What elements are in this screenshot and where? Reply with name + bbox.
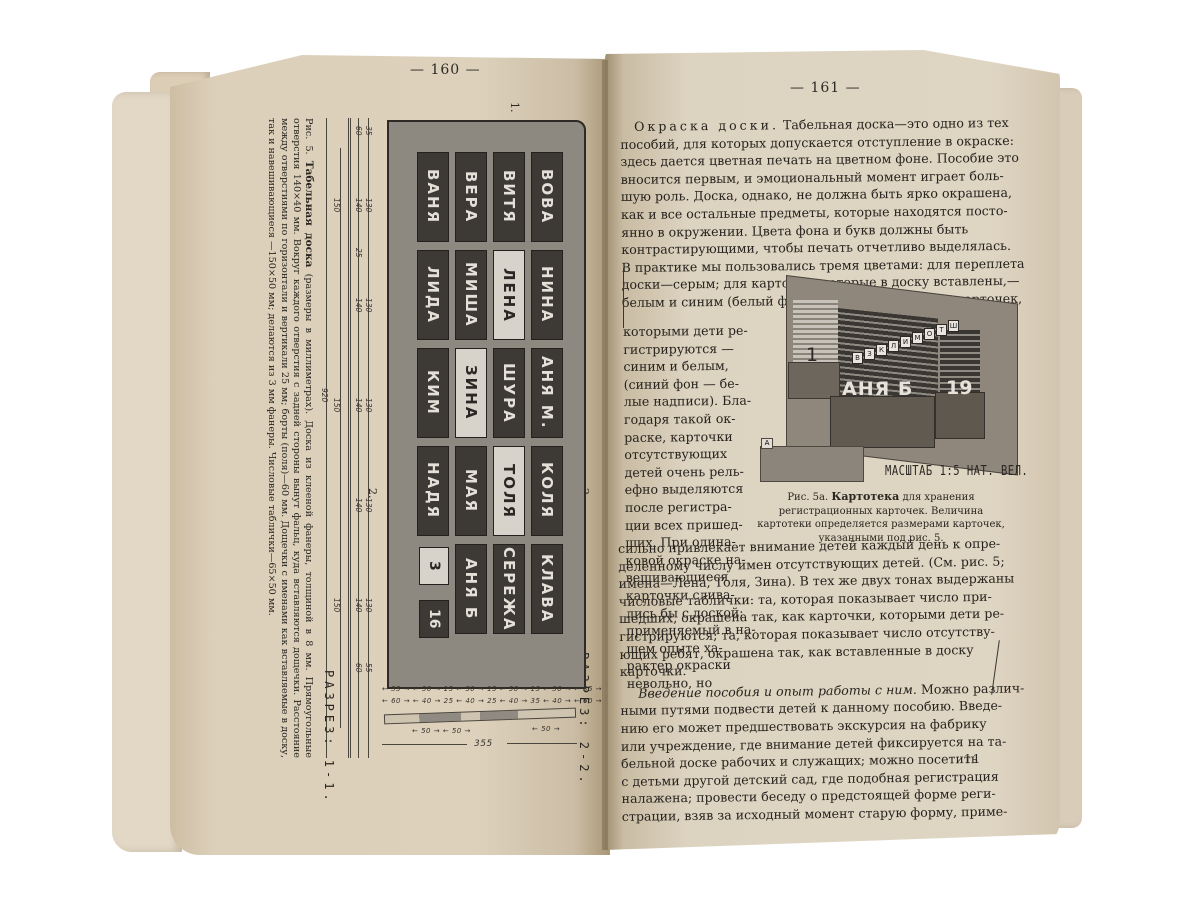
card-file-front-middle <box>830 396 935 448</box>
text-line: (синий фон — бе- <box>624 374 749 393</box>
text-line: детей очень рель- <box>624 462 749 481</box>
card-file-front-right <box>935 392 985 439</box>
figure-5-caption: Рис. 5. Табельная доска (размеры в милли… <box>255 118 315 758</box>
book-gutter <box>602 60 608 850</box>
name-plate: МИША <box>455 250 487 340</box>
text-line: после регистра- <box>625 498 750 517</box>
text-line: отсутствующих <box>624 445 749 464</box>
open-book: — 160 — — 161 — Рис. 5. Табельная доска … <box>0 0 1200 900</box>
paragraph-2-heading: Введение пособия и опыт работы с ним. <box>638 682 917 701</box>
text-line: ции всех пришед- <box>625 515 750 534</box>
text-line: годаря такой ок- <box>624 410 749 429</box>
left-page-number: — 160 — <box>410 62 481 78</box>
dim-140c: 140 <box>354 398 363 412</box>
dim-line-total-right <box>507 743 577 744</box>
text-line: лые надписи). Бла- <box>624 392 749 411</box>
dim-130e: 130 <box>364 598 373 612</box>
index-tab: В <box>852 352 863 364</box>
dim-55: 55 <box>364 663 373 673</box>
section-label-1-1: РАЗРЕЗ: 1-1. <box>322 670 336 805</box>
name-plate: ВОВА <box>531 152 563 242</box>
name-plate: КЛАВА <box>531 544 563 634</box>
text-line: Табельная доска—это одно из тех <box>783 115 1009 132</box>
right-page-paragraph-1-tail: сильно привлекает внимание детей каждый … <box>618 534 1068 826</box>
figure-5a-caption-title: Картотека <box>831 490 899 503</box>
text-line: ефно выделяются <box>625 480 750 499</box>
dim-150c: 150 <box>332 598 341 612</box>
text-line: Можно различ- <box>921 680 1025 696</box>
dim-920: 920 <box>320 388 329 402</box>
name-plate: КИМ <box>417 348 449 438</box>
index-tab: И <box>900 336 911 348</box>
dim-130c: 130 <box>364 398 373 412</box>
name-plate: МАЯ <box>455 446 487 536</box>
dimension-line-inner-2 <box>368 118 369 758</box>
name-plate-absent: ЛЕНА <box>493 250 525 340</box>
dim-total: 355 <box>474 739 493 749</box>
section-marker-left: 2. <box>366 488 379 499</box>
dim-130b: 130 <box>364 298 373 312</box>
index-tab: О <box>924 328 935 340</box>
dim-130: 130 <box>364 198 373 212</box>
attendance-board: ВАНЯ ЛИДА КИМ НАДЯ 3 16 ВЕРА МИША ЗИНА М… <box>387 120 586 689</box>
index-tab: З <box>864 348 875 360</box>
name-plate: АНЯ М. <box>531 348 563 438</box>
text-line: которыми дети ре- <box>623 322 748 341</box>
signature-mark: 11 <box>964 752 981 766</box>
name-plate: СЕРЕЖА <box>493 544 525 634</box>
name-plate: ВИТЯ <box>493 152 525 242</box>
dim-35: 35 <box>364 126 373 136</box>
index-tab: М <box>912 332 923 344</box>
section-marker-top: 1. <box>508 102 521 113</box>
index-tab: Т <box>936 324 947 336</box>
index-tab: Ш <box>948 320 959 332</box>
dim-150b: 150 <box>332 398 341 412</box>
dim-150: 150 <box>332 198 341 212</box>
dim-140: 140 <box>354 198 363 212</box>
card-file-count-label: 19 <box>946 377 972 399</box>
loose-card-tab: А <box>761 438 773 449</box>
card-file-left-label: 1 <box>806 344 818 366</box>
absent-count-plate: 16 <box>419 600 449 638</box>
name-plate: АНЯ Б <box>455 544 487 634</box>
dim-60: 60 <box>354 126 363 136</box>
dim-25: 25 <box>354 248 363 258</box>
board-cross-section <box>384 708 576 725</box>
name-plate: НАДЯ <box>417 446 449 536</box>
right-page-number: — 161 — <box>790 80 861 96</box>
figure-5-caption-label: Рис. 5. <box>303 118 314 155</box>
figure-5-caption-title: Табельная доска <box>303 161 315 268</box>
card-file-name-label: АНЯ Б <box>842 378 913 400</box>
name-plate-absent: ТОЛЯ <box>493 446 525 536</box>
board-profile-line <box>348 118 351 758</box>
dim-row-3b: ← 50 → <box>532 725 560 733</box>
name-plate: ВЕРА <box>455 152 487 242</box>
dim-130d: 130 <box>364 498 373 512</box>
dim-60b: 60 <box>354 663 363 673</box>
name-plate: ВАНЯ <box>417 152 449 242</box>
text-line: гистрируются — <box>623 339 748 358</box>
dim-140b: 140 <box>354 298 363 312</box>
name-plate: КОЛЯ <box>531 446 563 536</box>
name-plate: ЛИДА <box>417 250 449 340</box>
figure-5a-caption-label: Рис. 5а. <box>787 492 828 503</box>
dimension-line-total <box>326 118 327 758</box>
index-tab: К <box>876 344 887 356</box>
paragraph-heading: Окраска доски. <box>634 117 779 134</box>
loose-card: А <box>760 446 864 482</box>
pencil-margin-mark <box>623 268 624 328</box>
dim-140e: 140 <box>354 598 363 612</box>
figure-5a-scale: МАСШТАБ 1:5 НАТ. ВЕЛ. <box>885 464 1028 479</box>
figure-5a-card-file: В З К Л И М О Т Ш 1 АНЯ Б 19 А <box>760 270 1030 450</box>
index-tabs: В З К Л И М О Т Ш <box>852 322 962 362</box>
present-count-plate: 3 <box>419 547 449 585</box>
name-plate: ШУРА <box>493 348 525 438</box>
text-line: синим и белым, <box>623 357 748 376</box>
dimension-line-inner-1 <box>358 118 359 758</box>
dim-row-1: ← 35 → ← 30 → 15 ← 50 → 15 ← 50 → 15 ← 3… <box>382 685 602 693</box>
dim-row-3: ← 50 → ← 50 → <box>412 727 471 735</box>
index-tab: Л <box>888 340 899 352</box>
name-plate: НИНА <box>531 250 563 340</box>
text-line: раске, карточки <box>624 427 749 446</box>
dim-140d: 140 <box>354 498 363 512</box>
dim-line-total-left <box>382 744 467 745</box>
dimension-line-outer <box>340 148 341 728</box>
section-2-2-drawing: ← 35 → ← 30 → 15 ← 50 → 15 ← 50 → 15 ← 3… <box>382 683 582 753</box>
name-plate-absent: ЗИНА <box>455 348 487 438</box>
dim-row-2: ← 60 → ← 40 → 25 ← 40 → 25 ← 40 → 35 ← 4… <box>382 697 602 705</box>
card-file-front-left <box>788 362 840 399</box>
